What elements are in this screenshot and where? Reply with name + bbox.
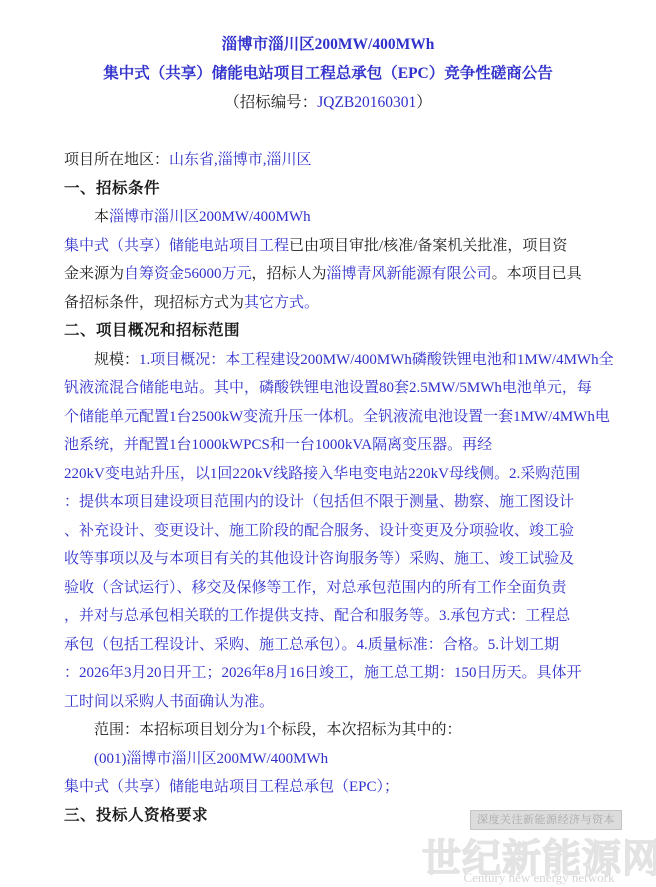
document-title-line: （招标编号：JQZB20160301） <box>0 88 656 117</box>
text-segment-black: 二、项目概况和招标范围 <box>64 322 240 339</box>
text-line: 集中式（共享）储能电站项目工程总承包（EPC）； <box>64 773 592 802</box>
text-segment-blue: 集中式（共享）储能电站项目工程 <box>64 238 289 254</box>
text-segment-blue: 其它方式。 <box>244 295 319 311</box>
document-title-line: 集中式（共享）储能电站项目工程总承包（EPC）竞争性磋商公告 <box>0 59 656 88</box>
text-segment-blue: 淄博市淄川区200MW/400MWh <box>109 209 311 225</box>
text-line: 本淄博市淄川区200MW/400MWh <box>64 203 592 232</box>
text-segment-blue: 220kV变电站升压，以1回220kV线路接入华电变电站220kV母线侧。2.采… <box>64 466 580 482</box>
document-body: 项目所在地区：山东省,淄博市,淄川区一、招标条件本淄博市淄川区200MW/400… <box>64 146 592 830</box>
text-line: (001)淄博市淄川区200MW/400MWh <box>64 745 592 774</box>
text-segment-blue: 集中式（共享）储能电站项目工程总承包（EPC）； <box>64 779 399 795</box>
section-heading: 一、招标条件 <box>64 175 592 204</box>
text-segment-blue: 个储能单元配置1台2500kW变流升压一体机。全钒液流电池设置一套1MW/4MW… <box>64 409 610 425</box>
text-line: 验收（含试运行）、移交及保修等工作，对总承包范围内的所有工作全面负责 <box>64 574 592 603</box>
text-line: 备招标条件，现招标方式为其它方式。 <box>64 289 592 318</box>
text-segment-blue: (001)淄博市淄川区200MW/400MWh <box>94 751 328 767</box>
text-segment-black: 已由项目审批/核准/备案机关批准，项目资 <box>289 238 567 254</box>
text-line: 项目所在地区：山东省,淄博市,淄川区 <box>64 146 592 175</box>
text-segment-black: 本 <box>94 209 109 225</box>
text-segment-black: 三、投标人资格要求 <box>64 807 208 824</box>
text-segment-blue: 池系统，并配置1台1000kWPCS和一台1000kVA隔离变压器。再经 <box>64 437 492 453</box>
text-line: 钒液流混合储能电站。其中，磷酸铁锂电池设置80套2.5MW/5MWh电池单元，每 <box>64 374 592 403</box>
text-segment-blue: 钒液流混合储能电站。其中，磷酸铁锂电池设置80套2.5MW/5MWh电池单元，每 <box>64 380 592 396</box>
text-line: ，并对与总承包相关联的工作提供支持、配合和服务等。3.承包方式：工程总 <box>64 602 592 631</box>
document-page: 淄博市淄川区200MW/400MWh集中式（共享）储能电站项目工程总承包（EPC… <box>0 0 656 887</box>
text-line: ：提供本项目建设项目范围内的设计（包括但不限于测量、勘察、施工图设计 <box>64 488 592 517</box>
text-segment-blue: 自筹资金56000万元 <box>124 266 252 282</box>
document-title: 淄博市淄川区200MW/400MWh集中式（共享）储能电站项目工程总承包（EPC… <box>0 30 656 117</box>
text-line: ：2026年3月20日开工；2026年8月16日竣工，施工总工期：150日历天。… <box>64 659 592 688</box>
text-line: 承包（包括工程设计、采购、施工总承包）。4.质量标准：合格。5.计划工期 <box>64 631 592 660</box>
text-segment-black: ） <box>416 94 432 111</box>
text-segment-black: ，招标人为 <box>252 266 327 282</box>
text-segment-black: （招标编号： <box>224 94 317 111</box>
text-line: 范围：本招标项目划分为1个标段，本次招标为其中的： <box>64 716 592 745</box>
section-heading: 二、项目概况和招标范围 <box>64 317 592 346</box>
watermark-slogan-badge: 深度关注新能源经济与资本 <box>470 810 622 830</box>
document-title-line: 淄博市淄川区200MW/400MWh <box>0 30 656 59</box>
text-segment-black: 规模： <box>94 352 139 368</box>
text-segment-blue: JQZB20160301 <box>317 94 416 111</box>
text-segment-blue: ，并对与总承包相关联的工作提供支持、配合和服务等。3.承包方式：工程总 <box>64 608 570 624</box>
text-segment-blue: 集中式（共享）储能电站项目工程总承包（EPC）竞争性磋商公告 <box>103 65 553 82</box>
text-segment-blue: 淄博市淄川区200MW/400MWh <box>222 36 435 53</box>
text-segment-blue: ：提供本项目建设项目范围内的设计（包括但不限于测量、勘察、施工图设计 <box>64 494 574 510</box>
text-line: 、补充设计、变更设计、施工阶段的配合服务、设计变更及分项验收、竣工验 <box>64 517 592 546</box>
text-line: 集中式（共享）储能电站项目工程已由项目审批/核准/备案机关批准，项目资 <box>64 232 592 261</box>
text-line: 池系统，并配置1台1000kWPCS和一台1000kVA隔离变压器。再经 <box>64 431 592 460</box>
text-segment-blue: ：2026年3月20日开工；2026年8月16日竣工，施工总工期：150日历天。… <box>64 665 582 681</box>
text-segment-black: 金来源为 <box>64 266 124 282</box>
text-segment-black: 项目所在地区： <box>64 152 169 168</box>
text-segment-black: 个标段，本次招标为其中的： <box>267 722 462 738</box>
text-segment-blue: 山东省,淄博市,淄川区 <box>169 152 312 168</box>
text-segment-black: 一、招标条件 <box>64 180 160 197</box>
text-segment-blue: 1.项目概况：本工程建设200MW/400MWh磷酸铁锂电池和1MW/4MWh全 <box>139 352 614 368</box>
text-segment-black: 。本项目已具 <box>492 266 582 282</box>
text-segment-blue: 1 <box>259 722 267 738</box>
text-segment-blue: 承包（包括工程设计、采购、施工总承包）。4.质量标准：合格。5.计划工期 <box>64 637 559 653</box>
text-segment-black: 范围：本招标项目划分为 <box>94 722 259 738</box>
watermark: 深度关注新能源经济与资本 世纪新能源网 Century new energy n… <box>420 806 656 887</box>
text-line: 规模：1.项目概况：本工程建设200MW/400MWh磷酸铁锂电池和1MW/4M… <box>64 346 592 375</box>
text-segment-black: 备招标条件，现招标方式为 <box>64 295 244 311</box>
text-segment-blue: 、补充设计、变更设计、施工阶段的配合服务、设计变更及分项验收、竣工验 <box>64 523 574 539</box>
text-segment-blue: 工时间以采购人书面确认为准。 <box>64 694 274 710</box>
text-line: 工时间以采购人书面确认为准。 <box>64 688 592 717</box>
text-line: 金来源为自筹资金56000万元，招标人为淄博青风新能源有限公司。本项目已具 <box>64 260 592 289</box>
text-line: 收等事项以及与本项目有关的其他设计咨询服务等）采购、施工、竣工试验及 <box>64 545 592 574</box>
text-segment-blue: 淄博青风新能源有限公司 <box>327 266 492 282</box>
text-segment-blue: 收等事项以及与本项目有关的其他设计咨询服务等）采购、施工、竣工试验及 <box>64 551 574 567</box>
text-segment-blue: 验收（含试运行）、移交及保修等工作，对总承包范围内的所有工作全面负责 <box>64 580 567 596</box>
watermark-logo-subtitle: Century new energy network <box>422 870 656 886</box>
text-line: 个储能单元配置1台2500kW变流升压一体机。全钒液流电池设置一套1MW/4MW… <box>64 403 592 432</box>
text-line: 220kV变电站升压，以1回220kV线路接入华电变电站220kV母线侧。2.采… <box>64 460 592 489</box>
